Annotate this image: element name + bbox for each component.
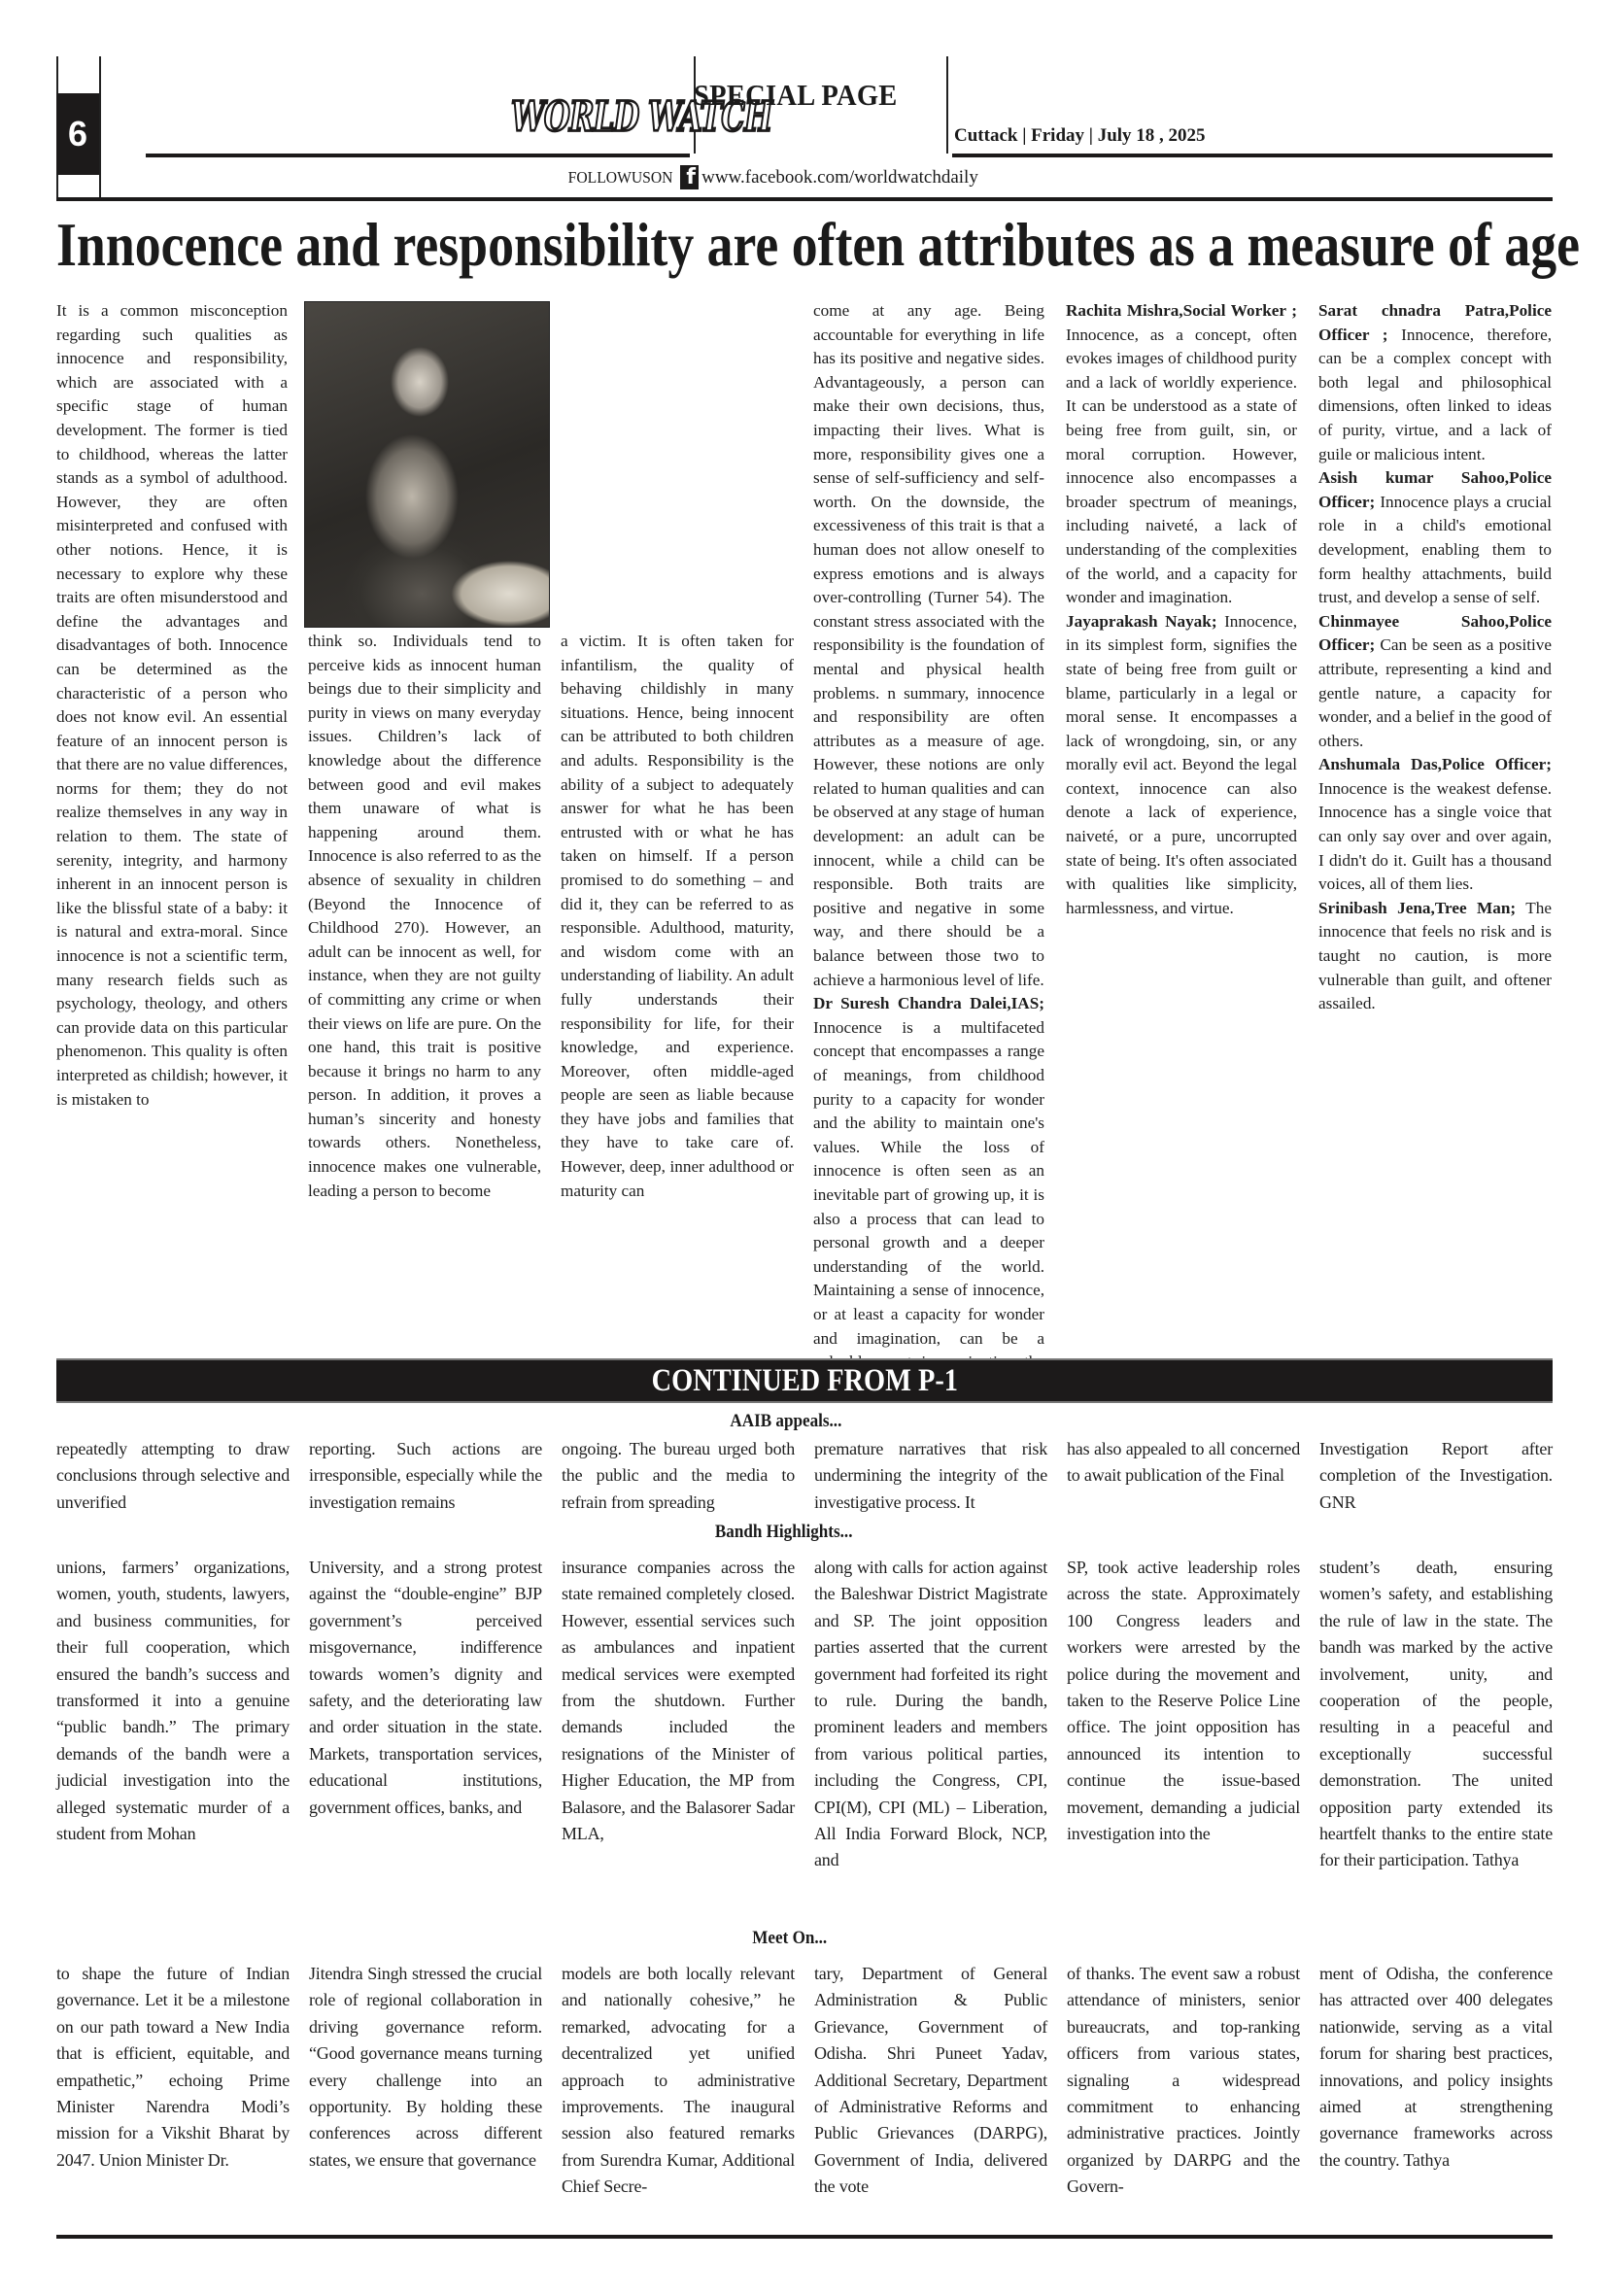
newspaper-logo: WORLD WATCH xyxy=(511,69,696,166)
dateline: Cuttack | Friday | July 18 , 2025 xyxy=(954,125,1206,147)
social-follow[interactable]: FOLLOWUSON f www.facebook.com/worldwatch… xyxy=(564,165,978,189)
aaib-column-6: Investigation Report after completion of… xyxy=(1319,1436,1553,1516)
article-column-3: a victim. It is often taken for infantil… xyxy=(561,630,794,1203)
quote-block: Dr Suresh Chandra Dalei,IAS; Innocence i… xyxy=(813,992,1044,1398)
page-number: 6 xyxy=(56,93,99,175)
article-paragraph: a victim. It is often taken for infantil… xyxy=(561,630,794,1203)
quote-block: Jayaprakash Nayak; Innocence, in its sim… xyxy=(1066,610,1297,921)
meet-column-1: to shape the future of Indian governance… xyxy=(56,1961,290,2174)
facebook-icon: f xyxy=(680,165,699,189)
quote-block: Srinibash Jena,Tree Man; The innocence t… xyxy=(1318,897,1552,1016)
bandh-column-4: along with calls for action against the … xyxy=(814,1555,1047,1874)
quote-block: Chinmayee Sahoo,Police Officer; Can be s… xyxy=(1318,610,1552,754)
aaib-column-2: reporting. Such actions are irresponsibl… xyxy=(309,1436,542,1516)
quote-text: Innocence, as a concept, often evokes im… xyxy=(1066,326,1297,607)
article-column-4: come at any age. Being accountable for e… xyxy=(813,299,1044,1398)
bandh-column-6: student’s death, ensuring women’s safety… xyxy=(1319,1555,1553,1874)
quote-author: Srinibash Jena,Tree Man; xyxy=(1318,899,1516,917)
bandh-column-1: unions, farmers’ organizations, women, y… xyxy=(56,1555,290,1847)
meet-column-4: tary, Department of General Administrati… xyxy=(814,1961,1047,2201)
quote-author: Rachita Mishra,Social Worker ; xyxy=(1066,301,1297,320)
aaib-column-3: ongoing. The bureau urged both the publi… xyxy=(562,1436,795,1516)
meet-column-6: ment of Odisha, the conference has attra… xyxy=(1319,1961,1553,2174)
bandh-column-3: insurance companies across the state rem… xyxy=(562,1555,795,1847)
article-column-6: Sarat chnadra Patra,Police Officer ; Inn… xyxy=(1318,299,1552,1016)
quote-block: Sarat chnadra Patra,Police Officer ; Inn… xyxy=(1318,299,1552,466)
aaib-column-5: has also appealed to all concerned to aw… xyxy=(1067,1436,1300,1490)
aaib-subhead: AAIB appeals... xyxy=(730,1411,841,1432)
quote-block: Rachita Mishra,Social Worker ; Innocence… xyxy=(1066,299,1297,610)
masthead-underline-right xyxy=(952,154,1553,157)
quote-text: Innocence is a multifaceted concept that… xyxy=(813,1018,1044,1395)
quote-block: Anshumala Das,Police Officer; Innocence … xyxy=(1318,753,1552,897)
quote-block: Asish kumar Sahoo,Police Officer; Innoce… xyxy=(1318,466,1552,610)
article-paragraph: come at any age. Being accountable for e… xyxy=(813,299,1044,992)
quote-author: Dr Suresh Chandra Dalei,IAS; xyxy=(813,994,1044,1012)
continued-band: CONTINUED FROM P-1 xyxy=(56,1358,1553,1403)
meet-column-3: models are both locally relevant and nat… xyxy=(562,1961,795,2201)
meet-column-5: of thanks. The event saw a robust attend… xyxy=(1067,1961,1300,2201)
bandh-column-5: SP, took active leadership roles across … xyxy=(1067,1555,1300,1847)
article-headline: Innocence and responsibility are often a… xyxy=(56,208,1314,282)
bandh-subhead: Bandh Highlights... xyxy=(715,1522,853,1543)
article-paragraph: think so. Individuals tend to perceive k… xyxy=(308,630,541,1203)
quote-text: Innocence, in its simplest form, signifi… xyxy=(1066,612,1297,917)
follow-label: FOLLOWUSON xyxy=(568,168,673,188)
article-column-2: think so. Individuals tend to perceive k… xyxy=(308,630,541,1203)
article-paragraph: It is a common misconception regarding s… xyxy=(56,299,288,1112)
quote-author: Anshumala Das,Police Officer; xyxy=(1318,755,1552,773)
quote-text: Innocence, therefore, can be a complex c… xyxy=(1318,326,1552,463)
section-title: SPECIAL PAGE xyxy=(694,78,898,113)
masthead-underline-left xyxy=(146,154,690,157)
masthead-rule-4 xyxy=(946,56,948,154)
article-photo xyxy=(304,301,550,628)
headline-top-rule xyxy=(56,197,1553,201)
bandh-column-2: University, and a strong protest against… xyxy=(309,1555,542,1821)
aaib-column-4: premature narratives that risk undermini… xyxy=(814,1436,1047,1516)
meet-subhead: Meet On... xyxy=(752,1928,827,1949)
quote-author: Jayaprakash Nayak; xyxy=(1066,612,1217,631)
aaib-column-1: repeatedly attempting to draw conclusion… xyxy=(56,1436,290,1516)
meet-column-2: Jitendra Singh stressed the crucial role… xyxy=(309,1961,542,2174)
masthead-rule-2 xyxy=(99,56,101,197)
continued-title: CONTINUED FROM P-1 xyxy=(651,1363,957,1399)
facebook-link[interactable]: www.facebook.com/worldwatchdaily xyxy=(701,167,978,188)
article-column-5: Rachita Mishra,Social Worker ; Innocence… xyxy=(1066,299,1297,920)
page-bottom-rule xyxy=(56,2235,1553,2239)
quote-text: Innocence is the weakest defense. Innoce… xyxy=(1318,779,1552,893)
article-column-1: It is a common misconception regarding s… xyxy=(56,299,288,1112)
